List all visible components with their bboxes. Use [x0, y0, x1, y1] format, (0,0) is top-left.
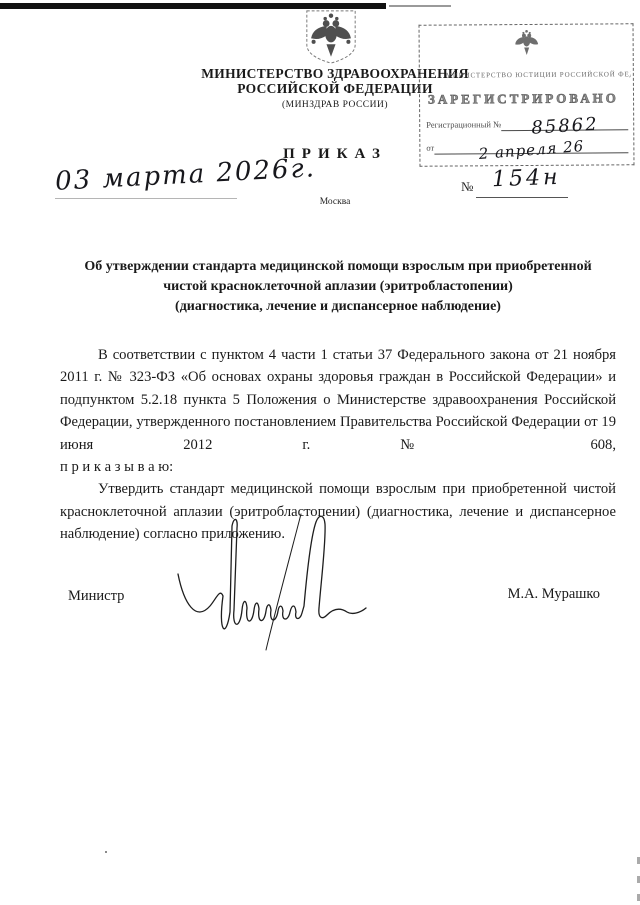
stamp-emblem-icon	[509, 27, 543, 64]
document-number-label: №	[461, 179, 473, 195]
signer-name: М.А. Мурашко	[508, 586, 600, 603]
scan-artifact-top-dash	[389, 5, 451, 7]
state-emblem-icon	[300, 8, 362, 66]
stamp-reg-number-value: 85862	[531, 120, 599, 134]
document-title-line3: (диагностика, лечение и диспансерное наб…	[60, 297, 616, 317]
body-paragraph-1: В соответствии с пунктом 4 части 1 стать…	[60, 344, 616, 456]
document-date-handwritten: 03 марта 2026г.	[54, 153, 316, 197]
document-city: Москва	[170, 197, 500, 207]
stamp-registration-number-row: Регистрационный № 85862	[426, 118, 628, 131]
document-title-line1: Об утверждении стандарта медицинской пом…	[60, 257, 616, 277]
document-page: МИНИСТЕРСТВО ЗДРАВООХРАНЕНИЯ РОССИЙСКОЙ …	[0, 0, 640, 905]
stamp-registered-text: ЗАРЕГИСТРИРОВАНО	[428, 90, 619, 107]
stamp-agency-text: МИНИСТЕРСТВО ЮСТИЦИИ РОССИЙСКОЙ ФЕДЕРАЦИ…	[446, 70, 631, 79]
document-title-line2: чистой красноклеточной аплазии (эритробл…	[60, 277, 616, 297]
scan-artifact-dot	[105, 851, 107, 853]
document-title: Об утверждении стандарта медицинской пом…	[60, 257, 616, 317]
signer-position: Министр	[68, 588, 124, 605]
document-number-handwritten: 154н	[492, 165, 561, 192]
stamp-reg-number-label: Регистрационный №	[426, 119, 501, 132]
stamp-reg-number-field: 85862	[501, 118, 628, 131]
body-command-line: п р и к а з ы в а ю:	[60, 456, 616, 478]
minister-signature	[168, 512, 383, 657]
